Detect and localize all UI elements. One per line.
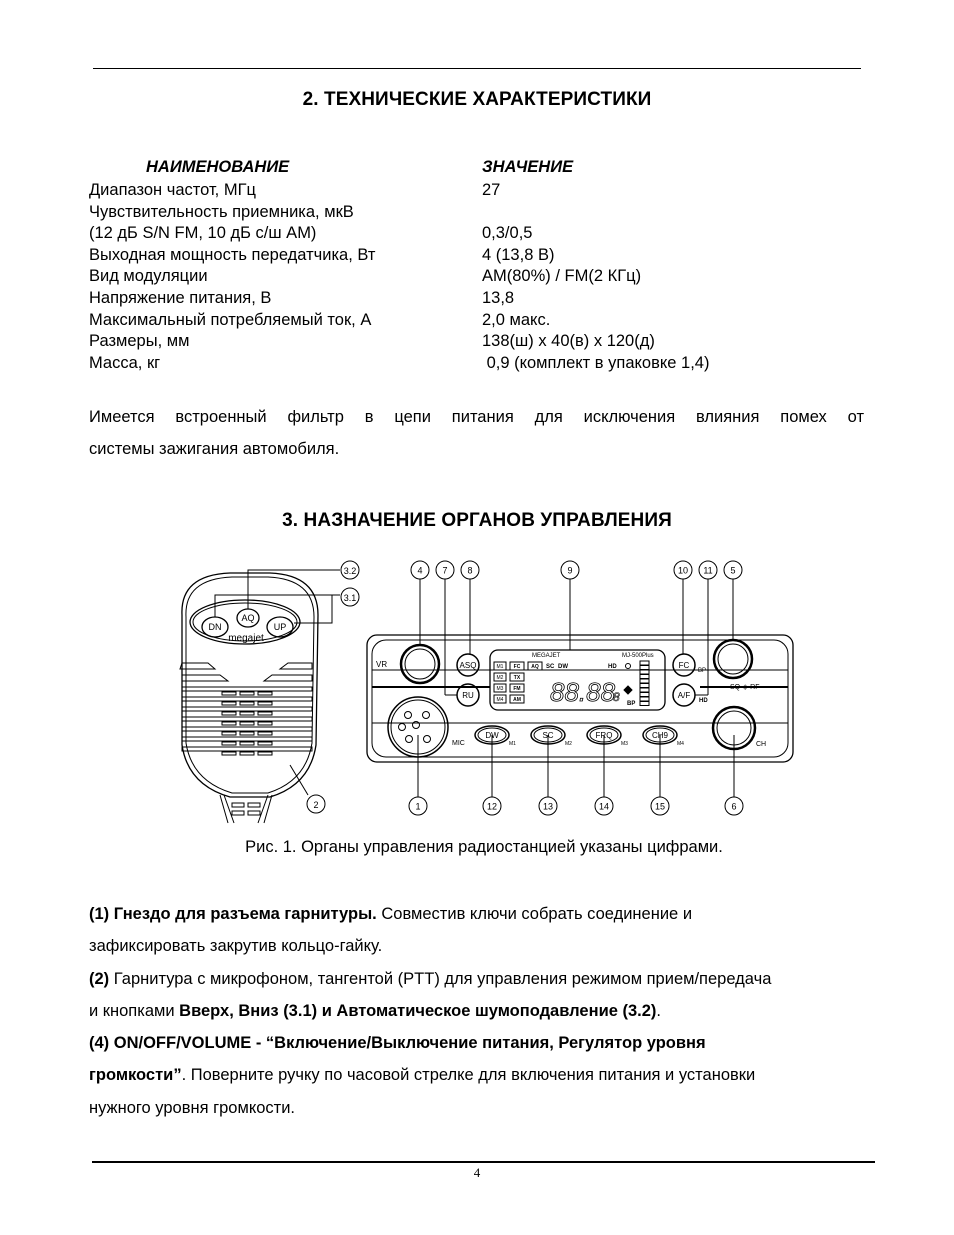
ch-label: CH bbox=[756, 741, 766, 748]
callout-number: 9 bbox=[567, 566, 572, 576]
mic-button-dn: DN bbox=[209, 622, 222, 632]
svg-text:FM: FM bbox=[513, 686, 520, 692]
spec-value: AM(80%) / FM(2 КГц) bbox=[482, 266, 709, 288]
spec-column-header-value: ЗНАЧЕНИЕ bbox=[482, 158, 573, 177]
spec-value: 27 bbox=[482, 180, 709, 202]
spec-value: 4 (13,8 В) bbox=[482, 245, 709, 267]
fc-tag: BP bbox=[698, 668, 706, 674]
asq-button: ASQ bbox=[460, 661, 477, 670]
callout-number: 13 bbox=[543, 802, 553, 812]
callout-2: 2 bbox=[313, 800, 318, 810]
callout-number: 1 bbox=[415, 802, 420, 812]
bottom-button-tag: M4 bbox=[677, 741, 684, 747]
lcd-bp: BP bbox=[627, 701, 635, 707]
callout-3-2: 3.2 bbox=[344, 566, 357, 576]
af-tag: HD bbox=[699, 698, 708, 704]
callout-number: 7 bbox=[442, 566, 447, 576]
callout-number: 14 bbox=[599, 802, 609, 812]
callout-3-1: 3.1 bbox=[344, 593, 357, 603]
bottom-button-tag: M2 bbox=[565, 741, 572, 747]
spec-names-column: Диапазон частот, МГцЧувствительность при… bbox=[89, 180, 375, 374]
callout-number: 4 bbox=[417, 566, 422, 576]
svg-text:M2: M2 bbox=[497, 675, 504, 681]
page-number: 4 bbox=[0, 1165, 954, 1181]
af-button: A/F bbox=[678, 691, 691, 700]
callout-number: 10 bbox=[678, 566, 688, 576]
filter-note-line-2: системы зажигания автомобиля. bbox=[89, 440, 339, 458]
spec-value: 138(ш) х 40(в) х 120(д) bbox=[482, 331, 709, 353]
spec-name: Вид модуляции bbox=[89, 266, 375, 288]
bottom-button-tag: M3 bbox=[621, 741, 628, 747]
sq-rf-label: SQ-◈-RF bbox=[730, 684, 760, 691]
filter-note-line-1: Имеется встроенный фильтр в цепи питания… bbox=[89, 401, 864, 433]
vr-label: VR bbox=[376, 660, 387, 669]
spec-value bbox=[482, 202, 709, 224]
callout-number: 6 bbox=[731, 802, 736, 812]
spec-column-header-name: НАИМЕНОВАНИЕ bbox=[146, 158, 289, 177]
svg-text:HD: HD bbox=[608, 664, 617, 670]
microphone-illustration: DN AQ UP megajet 3.2 3.1 2 bbox=[180, 561, 359, 823]
spec-value: 0,9 (комплект в упаковке 1,4) bbox=[482, 353, 709, 375]
svg-text:AM: AM bbox=[513, 697, 521, 703]
callout-number: 15 bbox=[655, 802, 665, 812]
spec-name: Масса, кг bbox=[89, 353, 375, 375]
svg-text:SC: SC bbox=[546, 664, 555, 670]
callout-number: 11 bbox=[703, 566, 712, 576]
svg-text:FC: FC bbox=[514, 664, 521, 670]
spec-name: Чувствительность приемника, мкВ bbox=[89, 202, 375, 224]
spec-name: Размеры, мм bbox=[89, 331, 375, 353]
spec-values-column: 27 0,3/0,54 (13,8 В)AM(80%) / FM(2 КГц)1… bbox=[482, 180, 709, 374]
mic-button-aq: AQ bbox=[241, 613, 254, 623]
item-1-line-2: зафиксировать закрутив кольцо-гайку. bbox=[89, 930, 879, 962]
svg-text:M1: M1 bbox=[497, 664, 504, 670]
svg-text:M4: M4 bbox=[497, 697, 504, 703]
lcd-brand: MEGAJET bbox=[532, 653, 561, 659]
spec-name: Максимальный потребляемый ток, А bbox=[89, 310, 375, 332]
svg-text:DW: DW bbox=[558, 664, 568, 670]
spec-name: (12 дБ S/N FM, 10 дБ с/ш AM) bbox=[89, 223, 375, 245]
callout-number: 12 bbox=[487, 802, 497, 812]
bottom-button-tag: M1 bbox=[509, 741, 516, 747]
spec-value: 13,8 bbox=[482, 288, 709, 310]
radio-front-panel: VR MIC ASQ RU MEGAJET MJ-500Plus M1M2M3M… bbox=[367, 561, 793, 815]
ru-button: RU bbox=[462, 691, 474, 700]
svg-text:M3: M3 bbox=[497, 686, 504, 692]
spec-value: 2,0 макс. bbox=[482, 310, 709, 332]
callout-number: 5 bbox=[730, 566, 735, 576]
spec-value: 0,3/0,5 bbox=[482, 223, 709, 245]
fc-button: FC bbox=[679, 661, 690, 670]
svg-text:TX: TX bbox=[514, 675, 521, 681]
item-2-line-2: и кнопками Вверх, Вниз (3.1) и Автоматич… bbox=[89, 995, 879, 1027]
header-rule bbox=[93, 68, 861, 69]
mic-socket-label: MIC bbox=[452, 740, 465, 747]
lcd-model: MJ-500Plus bbox=[622, 653, 654, 659]
item-2-line-1: (2) Гарнитура с микрофоном, тангентой (P… bbox=[89, 963, 879, 995]
mic-brand: megajet bbox=[228, 633, 264, 644]
section-2-title: 2. ТЕХНИЧЕСКИЕ ХАРАКТЕРИСТИКИ bbox=[0, 89, 954, 111]
spec-name: Напряжение питания, В bbox=[89, 288, 375, 310]
item-4-line-3: нужного уровня громкости. bbox=[89, 1092, 879, 1124]
item-1-line-1: (1) Гнездо для разъема гарнитуры. Совмес… bbox=[89, 898, 879, 930]
section-3-title: 3. НАЗНАЧЕНИЕ ОРГАНОВ УПРАВЛЕНИЯ bbox=[0, 510, 954, 532]
spec-name: Диапазон частот, МГц bbox=[89, 180, 375, 202]
mic-button-up: UP bbox=[274, 622, 287, 632]
item-4-line-2: громкости”. Поверните ручку по часовой с… bbox=[89, 1059, 879, 1091]
footer-rule bbox=[92, 1161, 875, 1163]
figure-caption: Рис. 1. Органы управления радиостанцией … bbox=[0, 838, 954, 857]
svg-text:AQ: AQ bbox=[531, 664, 539, 670]
filter-note: Имеется встроенный фильтр в цепи питания… bbox=[89, 401, 864, 465]
spec-name: Выходная мощность передатчика, Вт bbox=[89, 245, 375, 267]
lcd-small-digit: 8 bbox=[613, 690, 620, 704]
lcd-digits: 88.88 bbox=[550, 677, 616, 707]
controls-diagram: DN AQ UP megajet 3.2 3.1 2 bbox=[160, 555, 800, 825]
item-4-line-1: (4) ON/OFF/VOLUME - “Включение/Выключени… bbox=[89, 1027, 879, 1059]
callout-number: 8 bbox=[467, 566, 472, 576]
control-descriptions: (1) Гнездо для разъема гарнитуры. Совмес… bbox=[89, 898, 879, 1124]
